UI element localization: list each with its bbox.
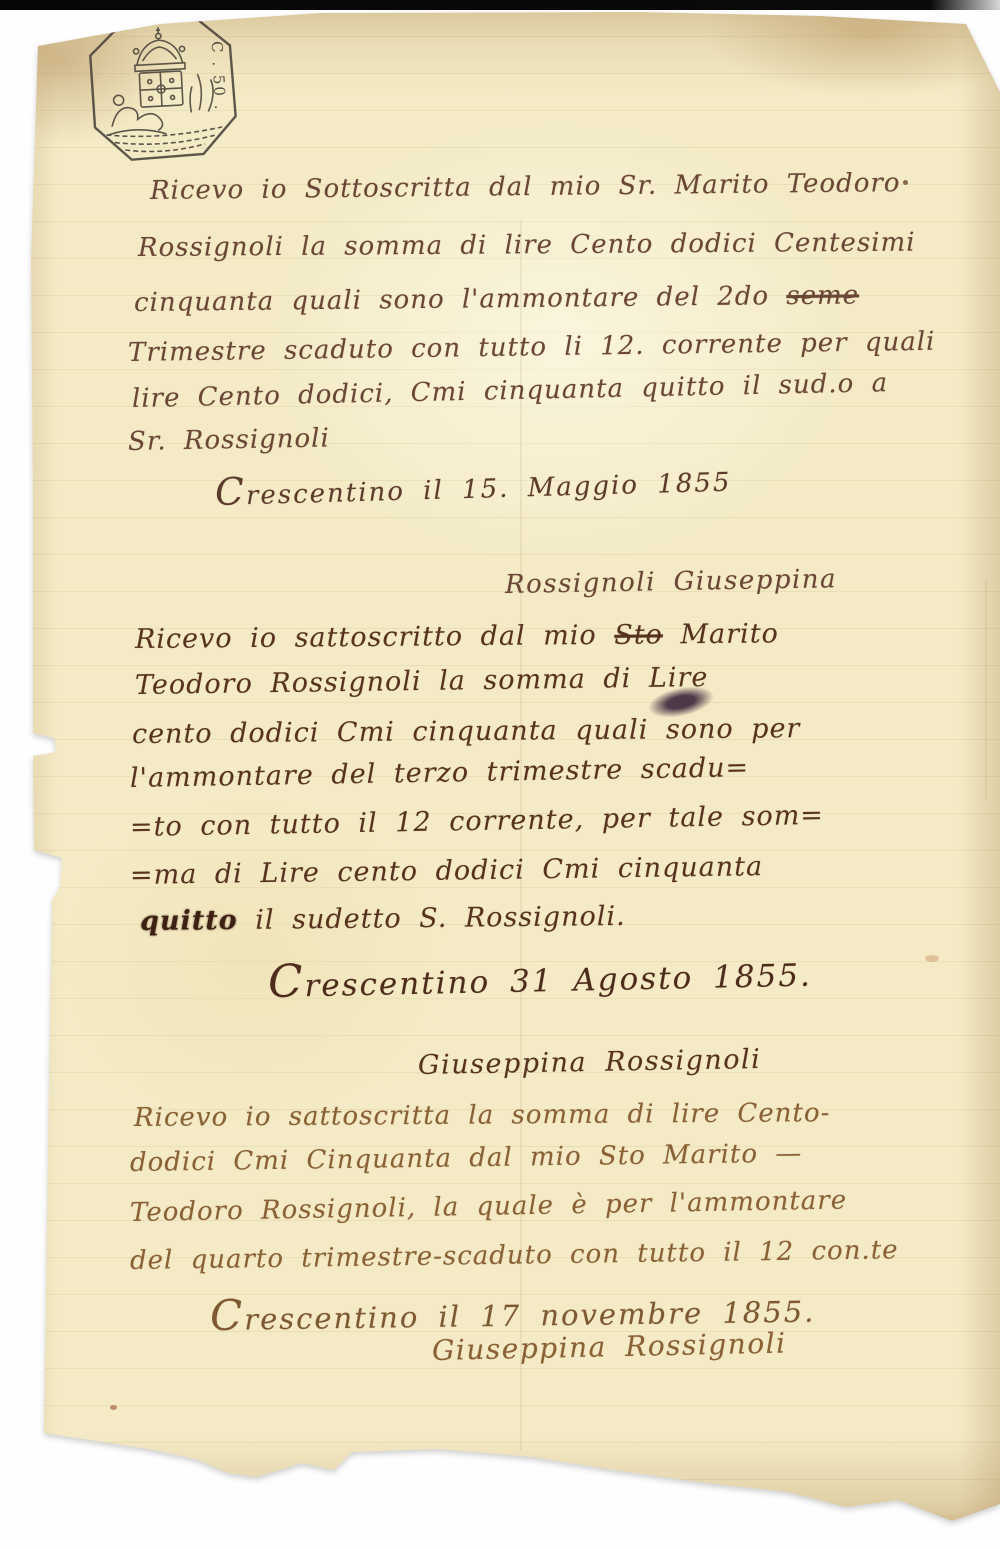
line-text: Ricevo io Sottoscritta dal mio Sr. Marit…: [150, 168, 901, 206]
manuscript-line: Teodoro Rossignoli la somma di Lire: [135, 662, 709, 701]
manuscript-line: Trimestre scaduto con tutto li 12. corre…: [128, 327, 936, 368]
manuscript-line: del quarto trimestre-scaduto con tutto i…: [130, 1235, 899, 1276]
shield-icon: [139, 71, 183, 107]
manuscript-line: =ma di Lire cento dodici Cmi cinquanta: [130, 851, 764, 891]
manuscript-line: lire Cento dodici, Cmi cinquanta quitto …: [132, 368, 889, 414]
signature-text: Giuseppina Rossignoli: [432, 1327, 787, 1367]
line-text: cinquanta quali sono l'ammontare del 2do: [134, 281, 769, 318]
revenue-stamp: C . 50 .: [82, 8, 242, 166]
signature-text: Giuseppina Rossignoli: [418, 1044, 762, 1081]
line-text: il sudetto S. Rossignoli.: [255, 901, 626, 936]
signature: Rossignoli Giuseppina: [505, 564, 838, 600]
paper-crease: [985, 580, 987, 800]
manuscript-line: dodici Cmi Cinquanta dal mio Sto Marito …: [130, 1139, 803, 1178]
dateline-text: Crescentino il 15. Maggio 1855: [215, 468, 732, 512]
line-text: cento dodici Cmi cinquanta quali sono pe…: [132, 713, 801, 750]
manuscript-line: =to con tutto il 12 corrente, per tale s…: [130, 800, 824, 843]
line-text: =to con tutto il 12 corrente, per tale s…: [130, 800, 824, 843]
line-text: Ricevo io sattoscritta la somma di lire …: [134, 1098, 831, 1133]
line-text: lire Cento dodici, Cmi cinquanta quitto …: [132, 368, 889, 414]
line-text: Teodoro Rossignoli, la quale è per l'amm…: [130, 1185, 848, 1228]
line-text: Marito: [680, 618, 779, 650]
crown-icon: [132, 26, 185, 72]
signature: Giuseppina Rossignoli: [418, 1044, 762, 1081]
age-spot: [903, 180, 908, 185]
manuscript-line: quitto il sudetto S. Rossignoli.: [140, 901, 626, 937]
blotted-word: quitto: [140, 905, 238, 937]
manuscript-line: Rossignoli la somma di lire Cento dodici…: [138, 228, 916, 263]
manuscript-line: Teodoro Rossignoli, la quale è per l'amm…: [130, 1185, 848, 1228]
line-text: del quarto trimestre-scaduto con tutto i…: [130, 1235, 899, 1276]
dateline: Crescentino 31 Agosto 1855.: [267, 944, 812, 1008]
manuscript-line: l'ammontare del terzo trimestre scadu=: [130, 752, 750, 794]
line-text: l'ammontare del terzo trimestre scadu=: [130, 752, 750, 794]
stamp-value: C . 50 .: [208, 41, 230, 112]
line-text: Ricevo io sattoscritto dal mio: [135, 620, 597, 655]
age-spot: [110, 1405, 117, 1410]
manuscript-line: Sr. Rossignoli: [128, 423, 330, 457]
dateline: Crescentino il 15. Maggio 1855: [214, 456, 731, 514]
manuscript-line: Ricevo io sattoscritta la somma di lire …: [134, 1098, 831, 1133]
struck-word: Sto: [614, 619, 663, 650]
line-text: Teodoro Rossignoli la somma di Lire: [135, 662, 709, 701]
line-text: Trimestre scaduto con tutto li 12. corre…: [128, 327, 936, 368]
struck-word: seme: [786, 280, 859, 311]
line-text: =ma di Lire cento dodici Cmi cinquanta: [130, 851, 764, 891]
manuscript-line: Ricevo io Sottoscritta dal mio Sr. Marit…: [150, 168, 901, 206]
reclining-figures-icon: [106, 93, 166, 137]
paper-wrapper: C . 50 . Ricevo io Sottoscritta dal mio …: [0, 0, 1000, 1549]
scanned-document: C . 50 . Ricevo io Sottoscritta dal mio …: [0, 0, 1000, 1549]
manuscript-paper: C . 50 . Ricevo io Sottoscritta dal mio …: [0, 0, 1000, 1549]
manuscript-line: cento dodici Cmi cinquanta quali sono pe…: [132, 713, 801, 750]
manuscript-line: cinquanta quali sono l'ammontare del 2do…: [134, 280, 859, 318]
age-spot: [925, 955, 939, 962]
manuscript-line: Ricevo io sattoscritto dal mio Sto Marit…: [135, 618, 779, 655]
dateline-text: Crescentino 31 Agosto 1855.: [268, 958, 812, 1005]
signature: Giuseppina Rossignoli: [432, 1327, 787, 1367]
line-text: Sr. Rossignoli: [128, 423, 330, 457]
signature-text: Rossignoli Giuseppina: [505, 564, 838, 600]
line-text: Rossignoli la somma di lire Cento dodici…: [138, 228, 916, 263]
line-text: dodici Cmi Cinquanta dal mio Sto Marito …: [130, 1139, 803, 1178]
